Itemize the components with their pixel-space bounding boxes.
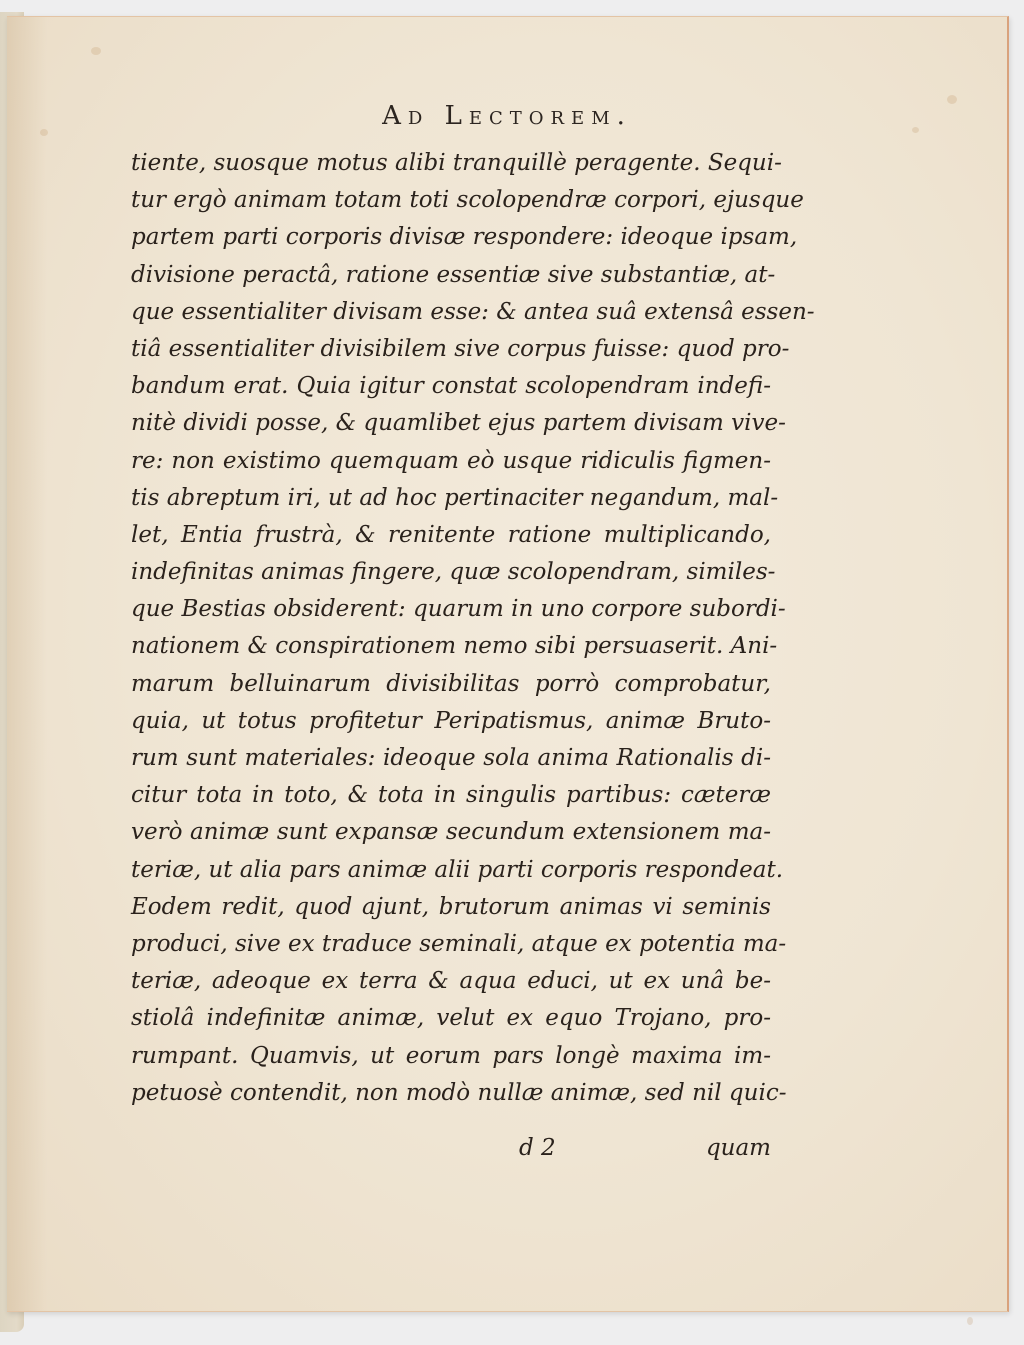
text-line: stiolâ indefinitæ animæ, velut ex equo T… [131,1000,771,1037]
text-line: petuosè contendit, non modò nullæ animæ,… [131,1075,771,1112]
text-line: que Bestias obsiderent: quarum in uno co… [131,591,771,628]
catchword: quam [706,1135,771,1161]
running-head: Ad Lectorem. [7,101,1007,131]
text-line: teriæ, ut alia pars animæ alii parti cor… [131,852,771,889]
text-line: tis abreptum iri, ut ad hoc pertinaciter… [131,480,771,517]
text-line: tur ergò animam totam toti scolopendræ c… [131,182,771,219]
text-line: nationem & conspirationem nemo sibi pers… [131,628,771,665]
text-line: tiente, suosque motus alibi tranquillè p… [131,145,771,182]
text-line: rum sunt materiales: ideoque sola anima … [131,740,771,777]
text-line: quia, ut totus profitetur Peripatismus, … [131,703,771,740]
foxing-spot [967,1317,973,1325]
text-line: divisione peractâ, ratione essentiæ sive… [131,257,771,294]
text-line: partem parti corporis divisæ respondere:… [131,219,771,256]
text-line: re: non existimo quemquam eò usque ridic… [131,443,771,480]
text-line: rumpant. Quamvis, ut eorum pars longè ma… [131,1038,771,1075]
book-page: Ad Lectorem. tiente, suosque motus alibi… [7,16,1009,1312]
text-line: tiâ essentialiter divisibilem sive corpu… [131,331,771,368]
text-line: indefinitas animas fingere, quæ scolopen… [131,554,771,591]
page-footer: d 2 quam [131,1129,771,1169]
text-line: produci, sive ex traduce seminali, atque… [131,926,771,963]
foxing-spot [91,47,101,55]
text-line: citur tota in toto, & tota in singulis p… [131,777,771,814]
scanned-book-page-viewer: Ad Lectorem. tiente, suosque motus alibi… [0,0,1024,1345]
text-line: marum belluinarum divisibilitas porrò co… [131,666,771,703]
text-line: bandum erat. Quia igitur constat scolope… [131,368,771,405]
text-line: teriæ, adeoque ex terra & aqua educi, ut… [131,963,771,1000]
body-text: tiente, suosque motus alibi tranquillè p… [131,145,771,1112]
signature-mark: d 2 [519,1135,556,1161]
text-line: let, Entia frustrà, & renitente ratione … [131,517,771,554]
text-line: verò animæ sunt expansæ secundum extensi… [131,814,771,851]
text-line: que essentialiter divisam esse: & antea … [131,294,771,331]
text-line: Eodem redit, quod ajunt, brutorum animas… [131,889,771,926]
text-line: nitè dividi posse, & quamlibet ejus part… [131,405,771,442]
